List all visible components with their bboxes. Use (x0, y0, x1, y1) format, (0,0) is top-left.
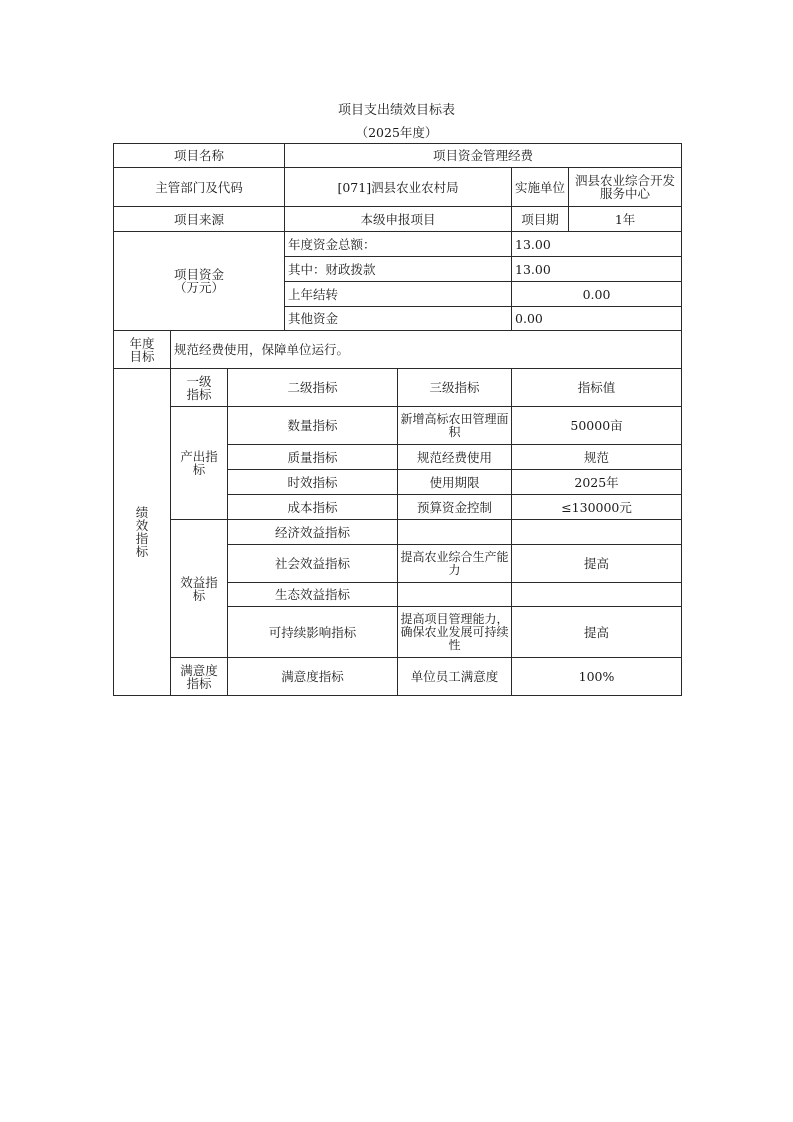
department-value: [071]泗县农业农村局 (285, 168, 512, 207)
annual-goal-label-line1: 年度 (116, 337, 168, 350)
level3-cell: 使用期限 (398, 470, 512, 495)
value-cell: 2025年 (512, 470, 682, 495)
header-value: 指标值 (512, 369, 682, 407)
project-name-label: 项目名称 (114, 144, 285, 168)
funding-carryover-value: 0.00 (512, 282, 682, 307)
row-project-source: 项目来源 本级申报项目 项目期 1年 (114, 207, 682, 232)
row-funding-total: 项目资金 （万元） 年度资金总额： 13.00 (114, 232, 682, 257)
level2-cell: 可持续影响指标 (228, 607, 398, 658)
row-indicator-header: 绩 效 指 标 一级 指标 二级指标 三级指标 指标值 (114, 369, 682, 407)
level3-cell (398, 520, 512, 545)
project-name-value: 项目资金管理经费 (285, 144, 682, 168)
row-annual-goal: 年度 目标 规范经费使用，保障单位运行。 (114, 331, 682, 369)
header-level1-line1: 一级 (173, 375, 225, 388)
department-label: 主管部门及代码 (114, 168, 285, 207)
indicator-row: 满意度指标 满意度指标 单位员工满意度 100% (114, 658, 682, 696)
indicator-row: 产出指标 数量指标 新增高标农田管理面积 50000亩 (114, 407, 682, 445)
level3-cell: 新增高标农田管理面积 (398, 407, 512, 445)
funding-other-value: 0.00 (512, 307, 682, 331)
project-period-label: 项目期 (512, 207, 569, 232)
level2-cell: 经济效益指标 (228, 520, 398, 545)
level2-cell: 成本指标 (228, 495, 398, 520)
performance-section-label: 绩 效 指 标 (114, 369, 171, 696)
indicator-row: 效益指标 经济效益指标 (114, 520, 682, 545)
level1-satisfaction-text: 满意度指标 (178, 664, 220, 690)
header-level3: 三级指标 (398, 369, 512, 407)
funding-total-value: 13.00 (512, 232, 682, 257)
level3-cell (398, 583, 512, 607)
level3-cell: 提高项目管理能力，确保农业发展可持续性 (398, 607, 512, 658)
level1-benefit: 效益指标 (171, 520, 228, 658)
value-cell: 提高 (512, 607, 682, 658)
project-period-value: 1年 (569, 207, 682, 232)
level2-cell: 满意度指标 (228, 658, 398, 696)
value-cell: 50000亩 (512, 407, 682, 445)
level2-cell: 社会效益指标 (228, 545, 398, 583)
funding-fiscal-label: 其中：财政拨款 (285, 257, 512, 282)
document-title: 项目支出绩效目标表 (0, 99, 793, 118)
value-cell (512, 520, 682, 545)
level2-cell: 数量指标 (228, 407, 398, 445)
funding-label: 项目资金 （万元） (114, 232, 285, 331)
level2-cell: 生态效益指标 (228, 583, 398, 607)
funding-carryover-label: 上年结转 (285, 282, 512, 307)
implementing-unit-value: 泗县农业综合开发服务中心 (569, 168, 682, 207)
level3-cell: 预算资金控制 (398, 495, 512, 520)
level1-output-text: 产出指标 (178, 450, 220, 476)
document-subtitle: （2025年度） (0, 123, 793, 141)
value-cell: 规范 (512, 445, 682, 470)
annual-goal-label-line2: 目标 (116, 350, 168, 363)
header-level1: 一级 指标 (171, 369, 228, 407)
annual-goal-label: 年度 目标 (114, 331, 171, 369)
performance-char-4: 标 (116, 545, 168, 558)
value-cell: 100% (512, 658, 682, 696)
performance-target-table: 项目名称 项目资金管理经费 主管部门及代码 [071]泗县农业农村局 实施单位 … (113, 143, 682, 696)
funding-label-line2: （万元） (116, 281, 282, 294)
level2-cell: 时效指标 (228, 470, 398, 495)
implementing-unit-label: 实施单位 (512, 168, 569, 207)
value-cell: ≤130000元 (512, 495, 682, 520)
funding-fiscal-value: 13.00 (512, 257, 682, 282)
level1-output: 产出指标 (171, 407, 228, 520)
level3-cell: 提高农业综合生产能力 (398, 545, 512, 583)
project-source-label: 项目来源 (114, 207, 285, 232)
level1-satisfaction: 满意度指标 (171, 658, 228, 696)
row-department: 主管部门及代码 [071]泗县农业农村局 实施单位 泗县农业综合开发服务中心 (114, 168, 682, 207)
project-source-value: 本级申报项目 (285, 207, 512, 232)
value-cell (512, 583, 682, 607)
value-cell: 提高 (512, 545, 682, 583)
funding-other-label: 其他资金 (285, 307, 512, 331)
level3-cell: 单位员工满意度 (398, 658, 512, 696)
funding-total-label: 年度资金总额： (285, 232, 512, 257)
header-level2: 二级指标 (228, 369, 398, 407)
header-level1-line2: 指标 (173, 388, 225, 401)
level3-cell: 规范经费使用 (398, 445, 512, 470)
annual-goal-value: 规范经费使用，保障单位运行。 (171, 331, 682, 369)
row-project-name: 项目名称 项目资金管理经费 (114, 144, 682, 168)
level2-cell: 质量指标 (228, 445, 398, 470)
level1-benefit-text: 效益指标 (178, 576, 220, 602)
